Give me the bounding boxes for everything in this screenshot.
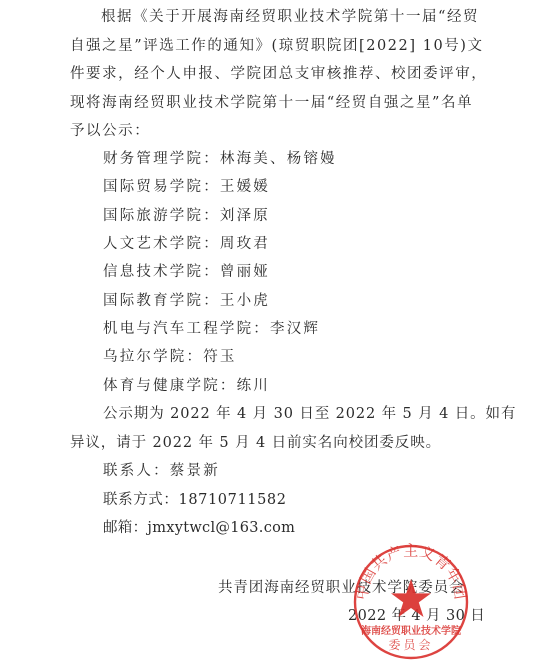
winner-humanities-arts: 人文艺术学院：周玫君	[103, 235, 270, 253]
winner-intl-trade: 国际贸易学院：王媛媛	[103, 178, 270, 196]
intro-line-5: 予以公示：	[70, 122, 150, 140]
contact-email[interactable]: 邮箱：jmxytwcl@163.com	[103, 519, 295, 537]
contact-person: 联系人：蔡景新	[103, 462, 220, 480]
intro-line-1: 根据《关于开展海南经贸职业技术学院第十一届“经贸	[101, 8, 479, 26]
winner-ural: 乌拉尔学院：符玉	[103, 348, 237, 366]
winner-info-tech: 信息技术学院：曾丽娅	[103, 263, 270, 281]
notice-line-2: 异议，请于 2022 年 5 月 4 日前实名向校团委反映。	[70, 434, 441, 452]
intro-line-4: 现将海南经贸职业技术学院第十一届“经贸自强之星”名单	[70, 94, 473, 112]
winner-sports-health: 体育与健康学院：练川	[103, 377, 270, 395]
intro-line-2: 自强之星”评选工作的通知》(琼贸职院团[2022] 10号)文	[70, 37, 484, 55]
official-seal-stamp: 中国共产主义青年团 海南经贸职业技术学院 委员会	[352, 543, 470, 661]
seal-bottom-text-2: 委员会	[388, 638, 433, 652]
star-icon	[391, 579, 431, 617]
winner-finance: 财务管理学院：林海美、杨镕嫚	[103, 150, 337, 168]
notice-line-1: 公示期为 2022 年 4 月 30 日至 2022 年 5 月 4 日。如有	[103, 405, 516, 423]
intro-line-3: 件要求，经个人申报、学院团总支审核推荐、校团委评审，	[70, 65, 487, 83]
winner-intl-tourism: 国际旅游学院：刘泽原	[103, 207, 270, 225]
contact-phone: 联系方式：18710711582	[103, 491, 287, 509]
seal-bottom-text-1: 海南经贸职业技术学院	[361, 624, 461, 637]
winner-intl-education: 国际教育学院：王小虎	[103, 292, 270, 310]
winner-mech-auto: 机电与汽车工程学院：李汉辉	[103, 320, 320, 338]
